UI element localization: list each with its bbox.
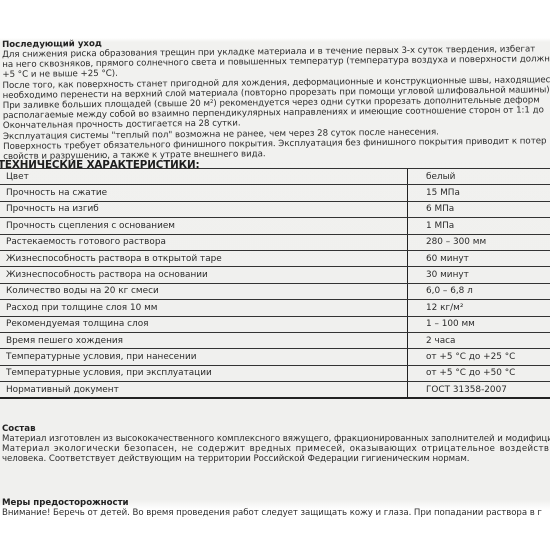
spec-value: 1 МПа xyxy=(408,218,550,234)
spec-label: Прочность на сжатие xyxy=(0,185,408,201)
spec-label: Жизнеспособность раствора на основании xyxy=(0,267,408,283)
spec-row: Рекомендуемая толщина слоя1 – 100 мм xyxy=(0,316,550,332)
spec-label: Температурные условия, при нанесении xyxy=(0,349,408,365)
precautions-section: Меры предосторожности Внимание! Беречь о… xyxy=(2,498,550,518)
spec-label: Температурные условия, при эксплуатации xyxy=(0,365,408,381)
spec-label: Нормативный документ xyxy=(0,382,408,399)
spec-label: Растекаемость готового раствора xyxy=(0,234,408,250)
spec-row: Температурные условия, при эксплуатациио… xyxy=(0,365,550,381)
spec-value: 6 МПа xyxy=(408,201,550,217)
composition-section: Состав Материал изготовлен из высококаче… xyxy=(2,424,550,465)
spec-row: Количество воды на 20 кг смеси6,0 – 6,8 … xyxy=(0,283,550,299)
spec-label: Цвет xyxy=(0,169,408,185)
spec-value: от +5 °C до +25 °C xyxy=(408,349,550,365)
spec-value: 6,0 – 6,8 л xyxy=(408,283,550,299)
spec-value: ГОСТ 31358-2007 xyxy=(408,382,550,399)
spec-label: Прочность сцепления с основанием xyxy=(0,218,408,234)
spec-row: Цветбелый xyxy=(0,169,550,185)
spec-row: Расход при толщине слоя 10 мм12 кг/м² xyxy=(0,300,550,316)
precautions-heading: Меры предосторожности xyxy=(2,498,550,508)
tech-specs-table: ЦветбелыйПрочность на сжатие15 МПаПрочно… xyxy=(0,168,550,399)
composition-line: Материал экологически безопасен, не соде… xyxy=(2,444,550,454)
spec-label: Прочность на изгиб xyxy=(0,201,408,217)
spec-value: 15 МПа xyxy=(408,185,550,201)
spec-value: 12 кг/м² xyxy=(408,300,550,316)
spec-value: белый xyxy=(408,169,550,185)
spec-value: 280 – 300 мм xyxy=(408,234,550,250)
spec-value: 2 часа xyxy=(408,332,550,348)
spec-row: Нормативный документГОСТ 31358-2007 xyxy=(0,382,550,399)
spec-value: от +5 °C до +50 °C xyxy=(408,365,550,381)
composition-line: Материал изготовлен из высококачественно… xyxy=(2,434,550,444)
spec-label: Время пешего хождения xyxy=(0,332,408,348)
spec-label: Расход при толщине слоя 10 мм xyxy=(0,300,408,316)
spec-row: Жизнеспособность раствора на основании30… xyxy=(0,267,550,283)
spec-row: Температурные условия, при нанесенииот +… xyxy=(0,349,550,365)
composition-heading: Состав xyxy=(2,424,550,434)
composition-line: человека. Соответствует действующим на т… xyxy=(2,454,550,464)
spec-row: Прочность на изгиб6 МПа xyxy=(0,201,550,217)
spec-label: Жизнеспособность раствора в открытой тар… xyxy=(0,250,408,266)
spec-row: Прочность сцепления с основанием1 МПа xyxy=(0,218,550,234)
spec-row: Жизнеспособность раствора в открытой тар… xyxy=(0,250,550,266)
spec-row: Растекаемость готового раствора280 – 300… xyxy=(0,234,550,250)
spec-value: 1 – 100 мм xyxy=(408,316,550,332)
document-page: Последующий уход Для снижения риска обра… xyxy=(0,0,550,550)
spec-label: Количество воды на 20 кг смеси xyxy=(0,283,408,299)
spec-value: 30 минут xyxy=(408,267,550,283)
spec-row: Время пешего хождения2 часа xyxy=(0,332,550,348)
precautions-line: Внимание! Беречь от детей. Во время пров… xyxy=(2,508,550,518)
spec-label: Рекомендуемая толщина слоя xyxy=(0,316,408,332)
care-section: Последующий уход Для снижения риска обра… xyxy=(2,34,550,163)
spec-row: Прочность на сжатие15 МПа xyxy=(0,185,550,201)
spec-value: 60 минут xyxy=(408,250,550,266)
